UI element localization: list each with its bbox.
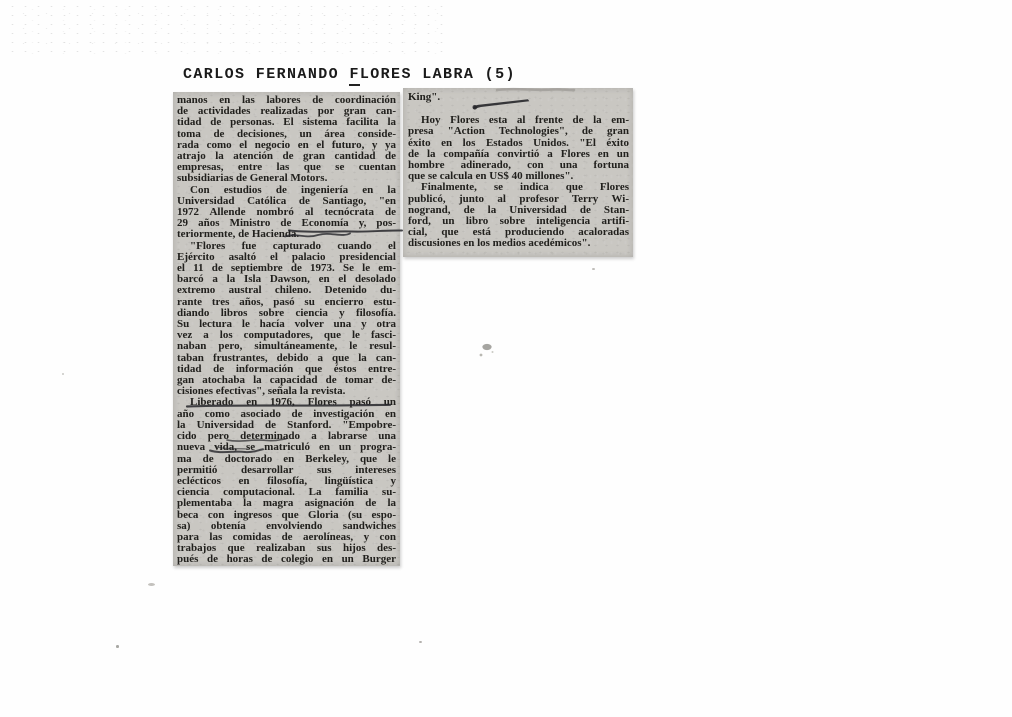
text-line: pués de horas de colegio en un Burger (177, 554, 396, 565)
text-line: Liberado en 1976, Flores pasó un (177, 397, 396, 408)
page-speck (62, 373, 64, 375)
paragraph: Con estudios de ingeniería en laUniversi… (177, 185, 396, 241)
paragraph: Hoy Flores esta al frente de la em-presa… (408, 115, 629, 182)
paragraph: manos en las labores de coordinaciónde a… (177, 95, 396, 185)
paragraph: Liberado en 1976, Flores pasó unaño como… (177, 397, 396, 565)
title-underlined-letter: F (349, 66, 359, 86)
page-speck (419, 641, 422, 643)
title-text: CARLOS FERNANDO (183, 66, 349, 83)
text-line: tidad de personas. El sistema facilita l… (177, 117, 396, 128)
text-line: presa "Action Technologies", de gran (408, 126, 629, 137)
paragraph: "Flores fue capturado cuando elEjército … (177, 241, 396, 398)
text-line: extremo austral chileno. Detenido du- (177, 285, 396, 296)
paragraph: Finalmente, se indica que Florespublicó,… (408, 182, 629, 249)
text-line: nueva vida, se matriculó en un progra- (177, 442, 396, 453)
text-line: discusiones en los medios acedémicos". (408, 238, 629, 249)
scanner-noise-band (6, 2, 446, 56)
text-line: plementaba la magra asignación de la (177, 498, 396, 509)
newspaper-clipping-right-column: King".Hoy Flores esta al frente de la em… (403, 88, 633, 257)
page-title: CARLOS FERNANDO FLORES LABRA (5) (183, 66, 516, 83)
page-speck (148, 583, 155, 586)
paragraph: King". (408, 92, 629, 103)
page-speck (116, 645, 119, 648)
text-line: subsidiarias de General Motors. (177, 173, 396, 184)
scanned-document-page: CARLOS FERNANDO FLORES LABRA (5) manos e… (0, 0, 1012, 717)
ink-speck (480, 354, 483, 357)
text-line: teriormente, de Hacienda. (177, 229, 396, 240)
text-line: King". (408, 92, 629, 103)
newspaper-clipping-left-column: manos en las labores de coordinaciónde a… (173, 92, 400, 566)
text-line: Finalmente, se indica que Flores (408, 182, 629, 193)
ink-speck (492, 351, 494, 353)
text-line: naban pero, simultáneamente, le resul- (177, 341, 396, 352)
ink-smudge (482, 344, 491, 350)
title-text: LORES LABRA (5) (360, 66, 516, 83)
page-speck (592, 268, 595, 270)
